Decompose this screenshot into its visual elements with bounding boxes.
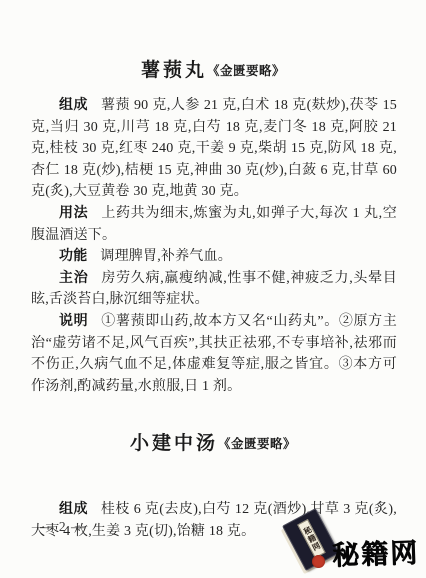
section-title-shuyuwan: 薯蓣丸《金匮要略》 [0, 0, 426, 84]
field-label-composition: 组成 [59, 502, 101, 517]
paragraph-usage: 用法上药共为细末,炼蜜为丸,如弹子大,每次 1 丸,空腹温酒送下。 [31, 203, 397, 246]
field-label-function: 功能 [59, 249, 100, 264]
field-label-composition: 组成 [59, 98, 101, 113]
source-book-name: 《金匮要略》 [218, 437, 296, 451]
paragraph-indications: 主治房劳久病,羸瘦纳减,性事不健,神疲乏力,头晕目眩,舌淡苔白,脉沉细等症状。 [31, 268, 397, 311]
field-text-function: 调理脾胃,补养气血。 [100, 249, 232, 264]
paragraph-notes: 说明①薯蓣即山药,故本方又名“山药丸”。②原方主治“虚劳诸不足,风气百疾”,其扶… [31, 311, 397, 397]
watermark-site-name: 秘籍网 [331, 530, 419, 572]
field-text-composition: 薯蓣 90 克,人参 21 克,白术 18 克(麸炒),茯苓 15 克,当归 3… [31, 98, 397, 199]
scanned-book-page: 薯蓣丸《金匮要略》 组成薯蓣 90 克,人参 21 克,白术 18 克(麸炒),… [0, 0, 426, 578]
section-body: 组成薯蓣 90 克,人参 21 克,白术 18 克(麸炒),茯苓 15 克,当归… [31, 95, 397, 397]
paragraph-function: 功能调理脾胃,补养气血。 [31, 246, 397, 268]
field-label-notes: 说明 [59, 314, 101, 329]
red-seal-icon [312, 555, 325, 568]
source-book-name: 《金匮要略》 [207, 64, 285, 78]
formula-section-shuyuwan: 薯蓣丸《金匮要略》 组成薯蓣 90 克,人参 21 克,白术 18 克(麸炒),… [0, 0, 426, 397]
paragraph-composition: 组成薯蓣 90 克,人参 21 克,白术 18 克(麸炒),茯苓 15 克,当归… [31, 95, 397, 203]
book-cover-label: 秘籍网 [297, 519, 325, 558]
field-label-indications: 主治 [59, 271, 101, 286]
page-number: — 2 — [40, 519, 86, 535]
formula-name: 薯蓣丸 [141, 60, 207, 81]
formula-name: 小建中汤 [130, 433, 218, 454]
mijiwang-watermark: 秘籍网 秘籍网 [284, 500, 424, 578]
field-label-usage: 用法 [59, 206, 101, 221]
section-title-xiaojianzhongtang: 小建中汤《金匮要略》 [0, 397, 426, 457]
